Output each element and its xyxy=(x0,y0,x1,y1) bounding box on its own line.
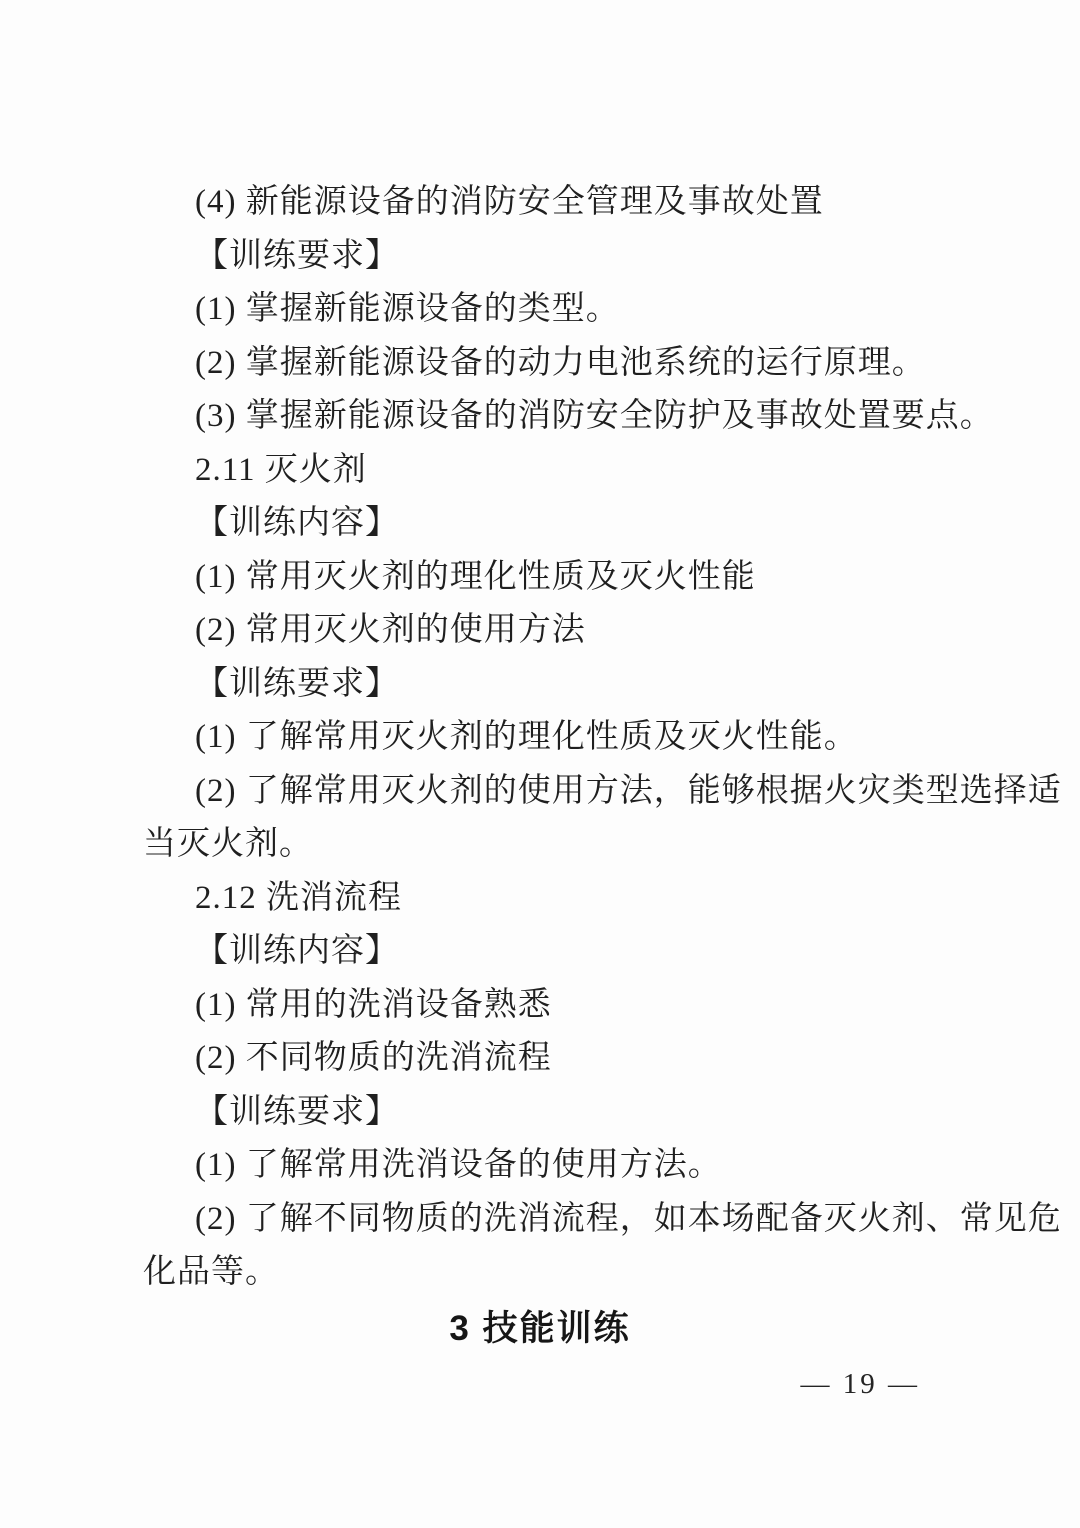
document-line: (4) 新能源设备的消防安全管理及事故处置 xyxy=(143,176,983,230)
document-line: 【训练要求】 xyxy=(143,658,983,712)
document-line: (1) 常用的洗消设备熟悉 xyxy=(143,979,983,1033)
document-line: 【训练内容】 xyxy=(143,497,983,551)
document-line: (2) 不同物质的洗消流程 xyxy=(143,1032,983,1086)
document-line: (1) 了解常用洗消设备的使用方法。 xyxy=(143,1139,983,1193)
document-page: (4) 新能源设备的消防安全管理及事故处置【训练要求】(1) 掌握新能源设备的类… xyxy=(0,0,1080,1528)
document-line: (2) 掌握新能源设备的动力电池系统的运行原理。 xyxy=(143,337,983,391)
document-line: 2.12 洗消流程 xyxy=(143,872,983,926)
document-line: 化品等。 xyxy=(143,1246,983,1300)
document-line: 【训练要求】 xyxy=(143,1086,983,1140)
document-line: (2) 了解不同物质的洗消流程，如本场配备灭火剂、常见危 xyxy=(143,1193,983,1247)
document-line: (2) 常用灭火剂的使用方法 xyxy=(143,604,983,658)
document-line: (1) 常用灭火剂的理化性质及灭火性能 xyxy=(143,551,983,605)
document-line: 【训练要求】 xyxy=(143,230,983,284)
document-line: 当灭火剂。 xyxy=(143,818,983,872)
document-body: (4) 新能源设备的消防安全管理及事故处置【训练要求】(1) 掌握新能源设备的类… xyxy=(143,176,983,1300)
document-line: (1) 掌握新能源设备的类型。 xyxy=(143,283,983,337)
document-line: 【训练内容】 xyxy=(143,925,983,979)
document-line: (1) 了解常用灭火剂的理化性质及灭火性能。 xyxy=(143,711,983,765)
document-line: (3) 掌握新能源设备的消防安全防护及事故处置要点。 xyxy=(143,390,983,444)
section-heading: 3 技能训练 xyxy=(0,1304,1080,1354)
document-line: 2.11 灭火剂 xyxy=(143,444,983,498)
document-line: (2) 了解常用灭火剂的使用方法，能够根据火灾类型选择适 xyxy=(143,765,983,819)
page-number: — 19 — xyxy=(801,1363,921,1405)
